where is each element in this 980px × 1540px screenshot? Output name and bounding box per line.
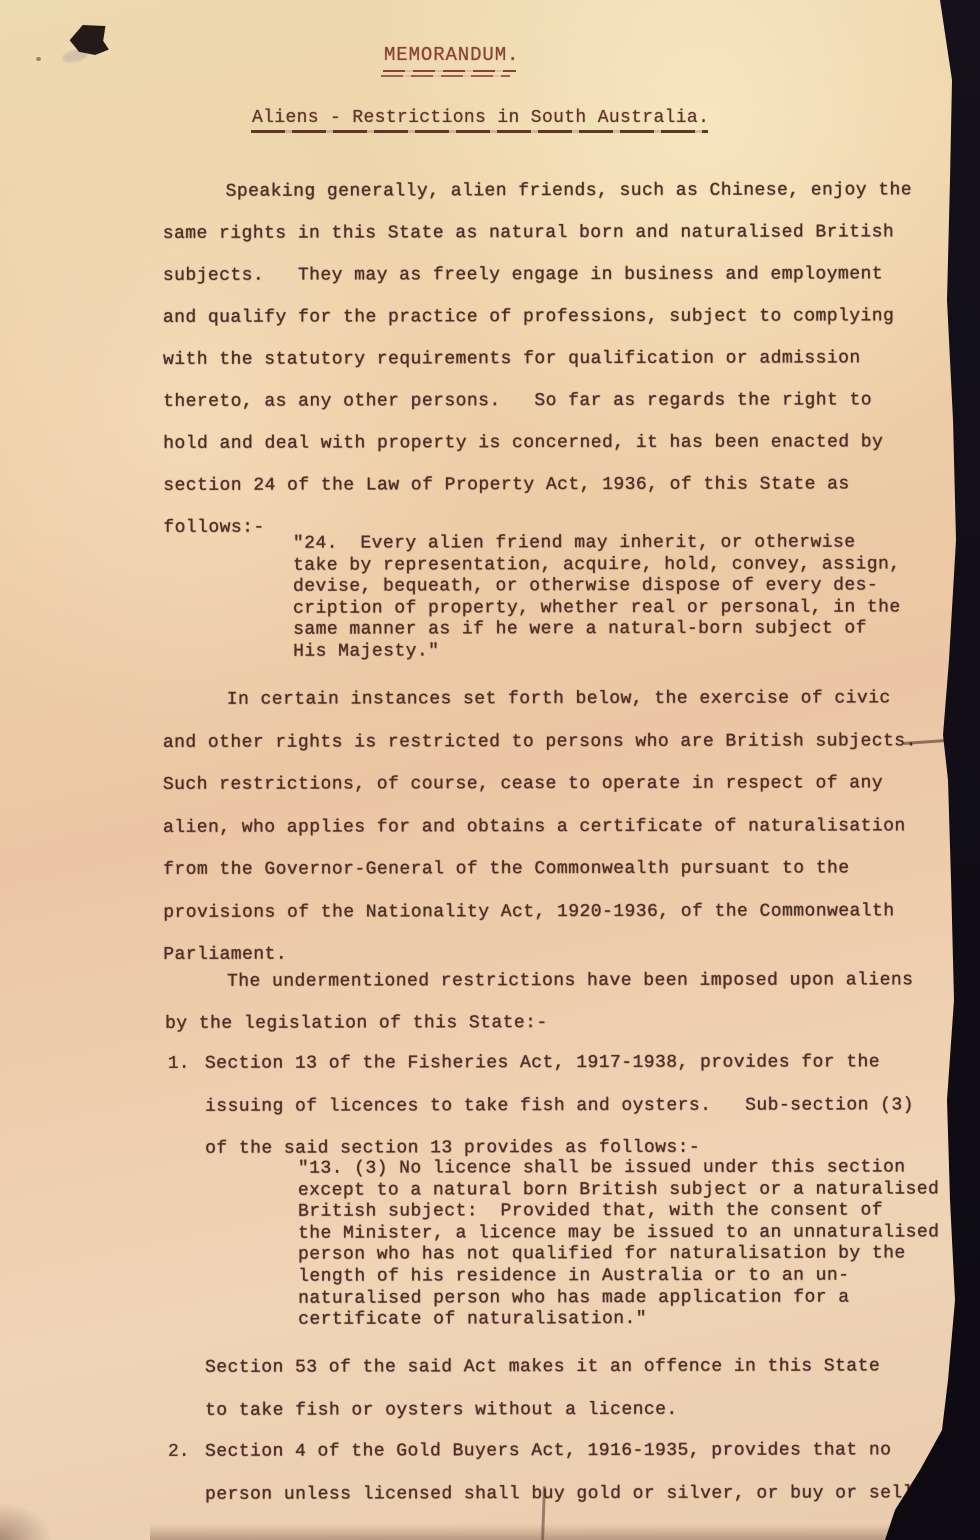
- list-item-1: 1. Section 13 of the Fisheries Act, 1917…: [168, 1041, 963, 1170]
- paper-speck: [36, 57, 41, 61]
- list-item-2: 2. Section 4 of the Gold Buyers Act, 191…: [168, 1429, 968, 1517]
- scanned-memo-page: MEMORANDUM. Aliens - Restrictions in Sou…: [0, 0, 980, 1540]
- title-underline-2: [381, 75, 510, 77]
- paragraph-undermentioned: The undermentioned restrictions have bee…: [165, 959, 965, 1045]
- memo-subtitle: Aliens - Restrictions in South Australia…: [252, 108, 709, 128]
- memo-title: MEMORANDUM.: [384, 44, 519, 66]
- list-number-2: 2.: [168, 1431, 205, 1517]
- paragraph-restrictions: In certain instances set forth below, th…: [163, 677, 976, 976]
- statute-quote-fisheries-act: "13. (3) No licence shall be issued unde…: [298, 1157, 976, 1331]
- paragraph-intro: Speaking generally, alien friends, such …: [163, 169, 964, 549]
- list-text-1: Section 13 of the Fisheries Act, 1917-19…: [205, 1041, 914, 1170]
- list-text-2: Section 4 of the Gold Buyers Act, 1916-1…: [205, 1429, 914, 1516]
- paragraph-section-53: Section 53 of the said Act makes it an o…: [205, 1345, 965, 1433]
- subtitle-underline: [251, 130, 708, 133]
- title-underline: [383, 70, 516, 72]
- list-number-1: 1.: [168, 1043, 205, 1171]
- statute-quote-property-act: "24. Every alien friend may inherit, or …: [293, 532, 958, 663]
- paper-crease-bottom: [150, 1524, 950, 1540]
